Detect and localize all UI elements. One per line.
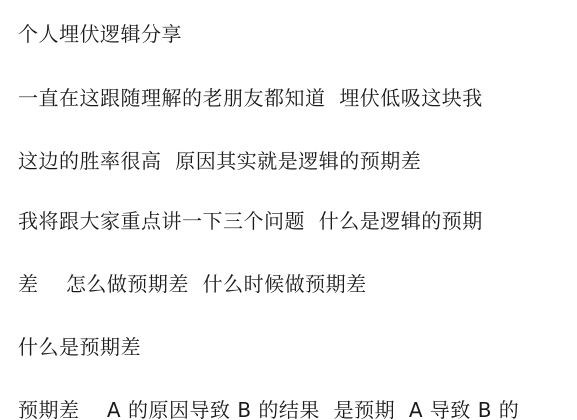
- paragraph-line: 一直在这跟随理解的老朋友都知道 埋伏低吸这块我: [18, 86, 483, 110]
- document-body: 个人埋伏逻辑分享 一直在这跟随理解的老朋友都知道 埋伏低吸这块我 这边的胜率很高…: [0, 0, 577, 420]
- document-title: 个人埋伏逻辑分享: [18, 22, 182, 46]
- paragraph-line: 差 怎么做预期差 什么时候做预期差: [18, 272, 367, 296]
- paragraph-line: 预期差 A 的原因导致 B 的结果 是预期 A 导致 B 的: [18, 398, 519, 420]
- section-heading: 什么是预期差: [18, 335, 141, 359]
- paragraph-line: 我将跟大家重点讲一下三个问题 什么是逻辑的预期: [18, 209, 483, 233]
- paragraph-line: 这边的胜率很高 原因其实就是逻辑的预期差: [18, 149, 421, 173]
